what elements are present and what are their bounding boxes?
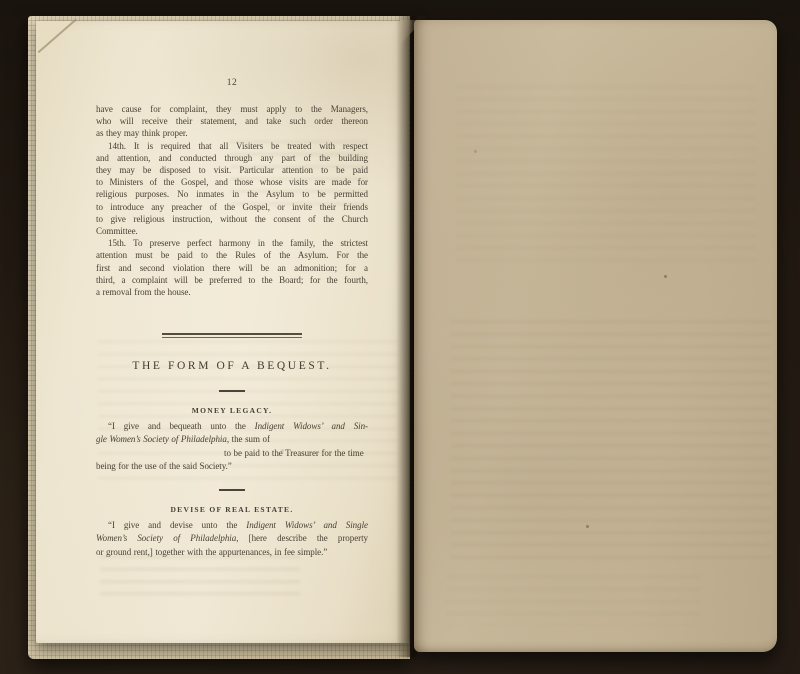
text-line: being for the use of the said Society.” (96, 460, 368, 473)
text-line: Women’s Society of Philadelphia, [here d… (96, 532, 368, 545)
text-line: as they may think proper. (96, 127, 368, 139)
text-line: Committee. (96, 225, 368, 237)
text-line: have cause for complaint, they must appl… (96, 103, 368, 115)
text-line: “I give and bequeath unto the Indigent W… (96, 420, 368, 433)
text-line: attention must be paid to the Rules of t… (96, 249, 368, 261)
text-line: who will receive their statement, and ta… (96, 115, 368, 127)
text-line: to give religious instruction, without t… (96, 213, 368, 225)
left-page: 12 have cause for complaint, they must a… (36, 21, 409, 643)
text-line: to introduce any preacher of the Gospel,… (96, 201, 368, 213)
double-rule (162, 333, 302, 338)
rule-14th: 14th. It is required that all Visiters b… (96, 140, 368, 238)
sub-heading: MONEY LEGACY. (96, 406, 368, 416)
right-page-blank (414, 20, 777, 652)
rule-13th-continuation: have cause for complaint, they must appl… (96, 103, 368, 140)
text-line: 14th. It is required that all Visiters b… (96, 140, 368, 152)
text-line: first and second violation there will be… (96, 262, 368, 274)
text-line: they may be disposed to visit. Particula… (96, 164, 368, 176)
paper-speck (474, 150, 477, 153)
bleedthrough-text (456, 85, 756, 265)
bleedthrough-text (100, 555, 300, 603)
bleedthrough-text (451, 320, 771, 565)
text-line: 15th. To preserve perfect harmony in the… (96, 237, 368, 249)
page-number: 12 (96, 78, 368, 90)
text-line: a removal from the house. (96, 286, 368, 298)
text-line: third, a complaint will be preferred to … (96, 274, 368, 286)
text-line: or ground rent,] together with the appur… (96, 546, 368, 559)
rule-15th: 15th. To preserve perfect harmony in the… (96, 237, 368, 298)
short-rule (219, 390, 245, 392)
text-line: and attention, and conducted through any… (96, 152, 368, 164)
section-heading: THE FORM OF A BEQUEST. (96, 360, 368, 374)
sub-heading: DEVISE OF REAL ESTATE. (96, 505, 368, 515)
short-rule (219, 489, 245, 491)
bleedthrough-text (446, 575, 701, 625)
devise-real-estate-text: “I give and devise unto the Indigent Wid… (96, 519, 368, 559)
text-line: to Ministers of the Gospel, and those wh… (96, 176, 368, 188)
text-line: religious purposes. No inmates in the As… (96, 188, 368, 200)
money-legacy-text: “I give and bequeath unto the Indigent W… (96, 420, 368, 474)
text-line: “I give and devise unto the Indigent Wid… (96, 519, 368, 532)
paper-speck (664, 275, 667, 278)
text-line: gle Women’s Society of Philadelphia, the… (96, 433, 368, 446)
text-column: 12 have cause for complaint, they must a… (96, 78, 368, 559)
paper-speck (586, 525, 589, 528)
text-line: to be paid to the Treasurer for the time (96, 447, 368, 460)
book-photograph: 12 have cause for complaint, they must a… (0, 0, 800, 674)
